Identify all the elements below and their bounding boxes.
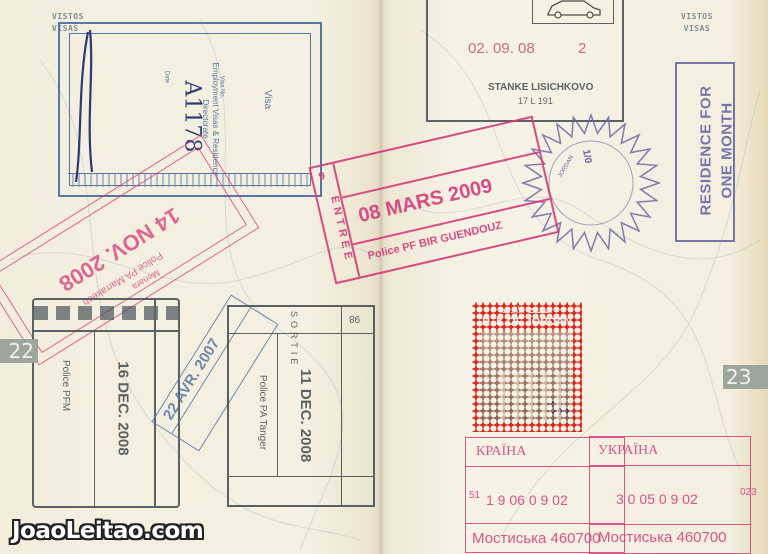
stamp-place: Мостиська 460700: [598, 529, 727, 546]
stamp-date: 02. 09. 08: [468, 40, 535, 57]
car-icon: [544, 0, 604, 20]
stamp-date: 1 9 06 0 9 02: [486, 492, 568, 508]
fee-stamp-title: H. K OF JORDAN: [472, 316, 582, 328]
stamp-place: Police PFM: [60, 360, 71, 411]
header-visas: VISAS: [681, 23, 713, 35]
page-number-22: 22: [0, 339, 38, 363]
stamp-country: КРАЇНА: [476, 444, 526, 460]
passport-spread: VISTOS VISAS Employment Visas & Residenc…: [0, 0, 768, 554]
fee-currency: JD: [557, 407, 569, 417]
petra-treasury-image: 5JD: [481, 332, 573, 423]
stamp-place: STANKE LISICHKOVO: [488, 82, 593, 93]
stamp-residence: RESIDENCE FOR ONE MONTH: [675, 62, 735, 242]
stamp-code: 9: [318, 170, 327, 183]
stamp-left-code: 51: [469, 490, 477, 502]
stamp-bulgaria-car: 02. 09. 08 2 STANKE LISICHKOVO 17 L 191: [426, 0, 624, 122]
stamp-country: УКРАЇНА: [598, 443, 658, 459]
stamp-code: 98: [349, 313, 360, 324]
stamp-date: 11 DEC. 2008: [297, 369, 314, 462]
stamp-jordan-fee: المملكة الأردنية H. K OF JORDAN 5JD: [472, 302, 582, 432]
visa-page-header: VISTOS VISAS: [681, 11, 713, 35]
stamp-code: 17 L 191: [518, 96, 553, 106]
signature-scribble: [68, 22, 108, 192]
stamp-morocco-tanger: SORTIE 98 11 DEC. 2008 Police PA Tanger: [227, 305, 375, 507]
right-page: VISTOS VISAS 02. 09. 08 2 STANKE LISICHK…: [381, 0, 768, 554]
stamp-date: 3 0 05 0 9 02: [616, 491, 698, 507]
stamp-morocco-16dec: 16 DEC. 2008 Police PFM: [32, 298, 180, 508]
visa-label: Visa: [262, 90, 273, 109]
visa-no-label: Visa No.: [218, 76, 224, 99]
fee-stamp-arabic: المملكة الأردنية: [472, 306, 582, 315]
stamp-side-label: ENTREE: [328, 195, 355, 265]
stamp-place: Police PA Tanger: [257, 375, 268, 450]
seal-code: 1/0: [580, 149, 593, 165]
watermark: JoaoLeitao.com: [12, 518, 203, 544]
seal-label: JORDAN: [558, 155, 576, 179]
stamp-ukraine-exit: УКРАЇНА 3 0 05 0 9 02 023 Мостиська 4607…: [589, 436, 751, 554]
stamp-place: Мостиська 460700: [472, 530, 601, 547]
visa-date-label: Date: [163, 71, 169, 84]
stamp-side-label: SORTIE: [289, 311, 299, 368]
page-number-23: 23: [723, 365, 768, 389]
left-page: VISTOS VISAS Employment Visas & Residenc…: [0, 0, 381, 554]
stamp-date: 08 MARS 2009: [356, 175, 494, 228]
residence-line-1: RESIDENCE FOR: [698, 66, 715, 236]
fee-amount: 5: [546, 398, 557, 420]
fee-value: 5JD: [546, 398, 569, 421]
residence-line-2: ONE MONTH: [719, 66, 736, 236]
stamp-lane: 2: [578, 40, 586, 57]
stamp-right-code: 023: [740, 487, 748, 499]
stamp-date: 16 DEC. 2008: [115, 361, 132, 455]
header-vistos: VISTOS: [681, 11, 713, 23]
